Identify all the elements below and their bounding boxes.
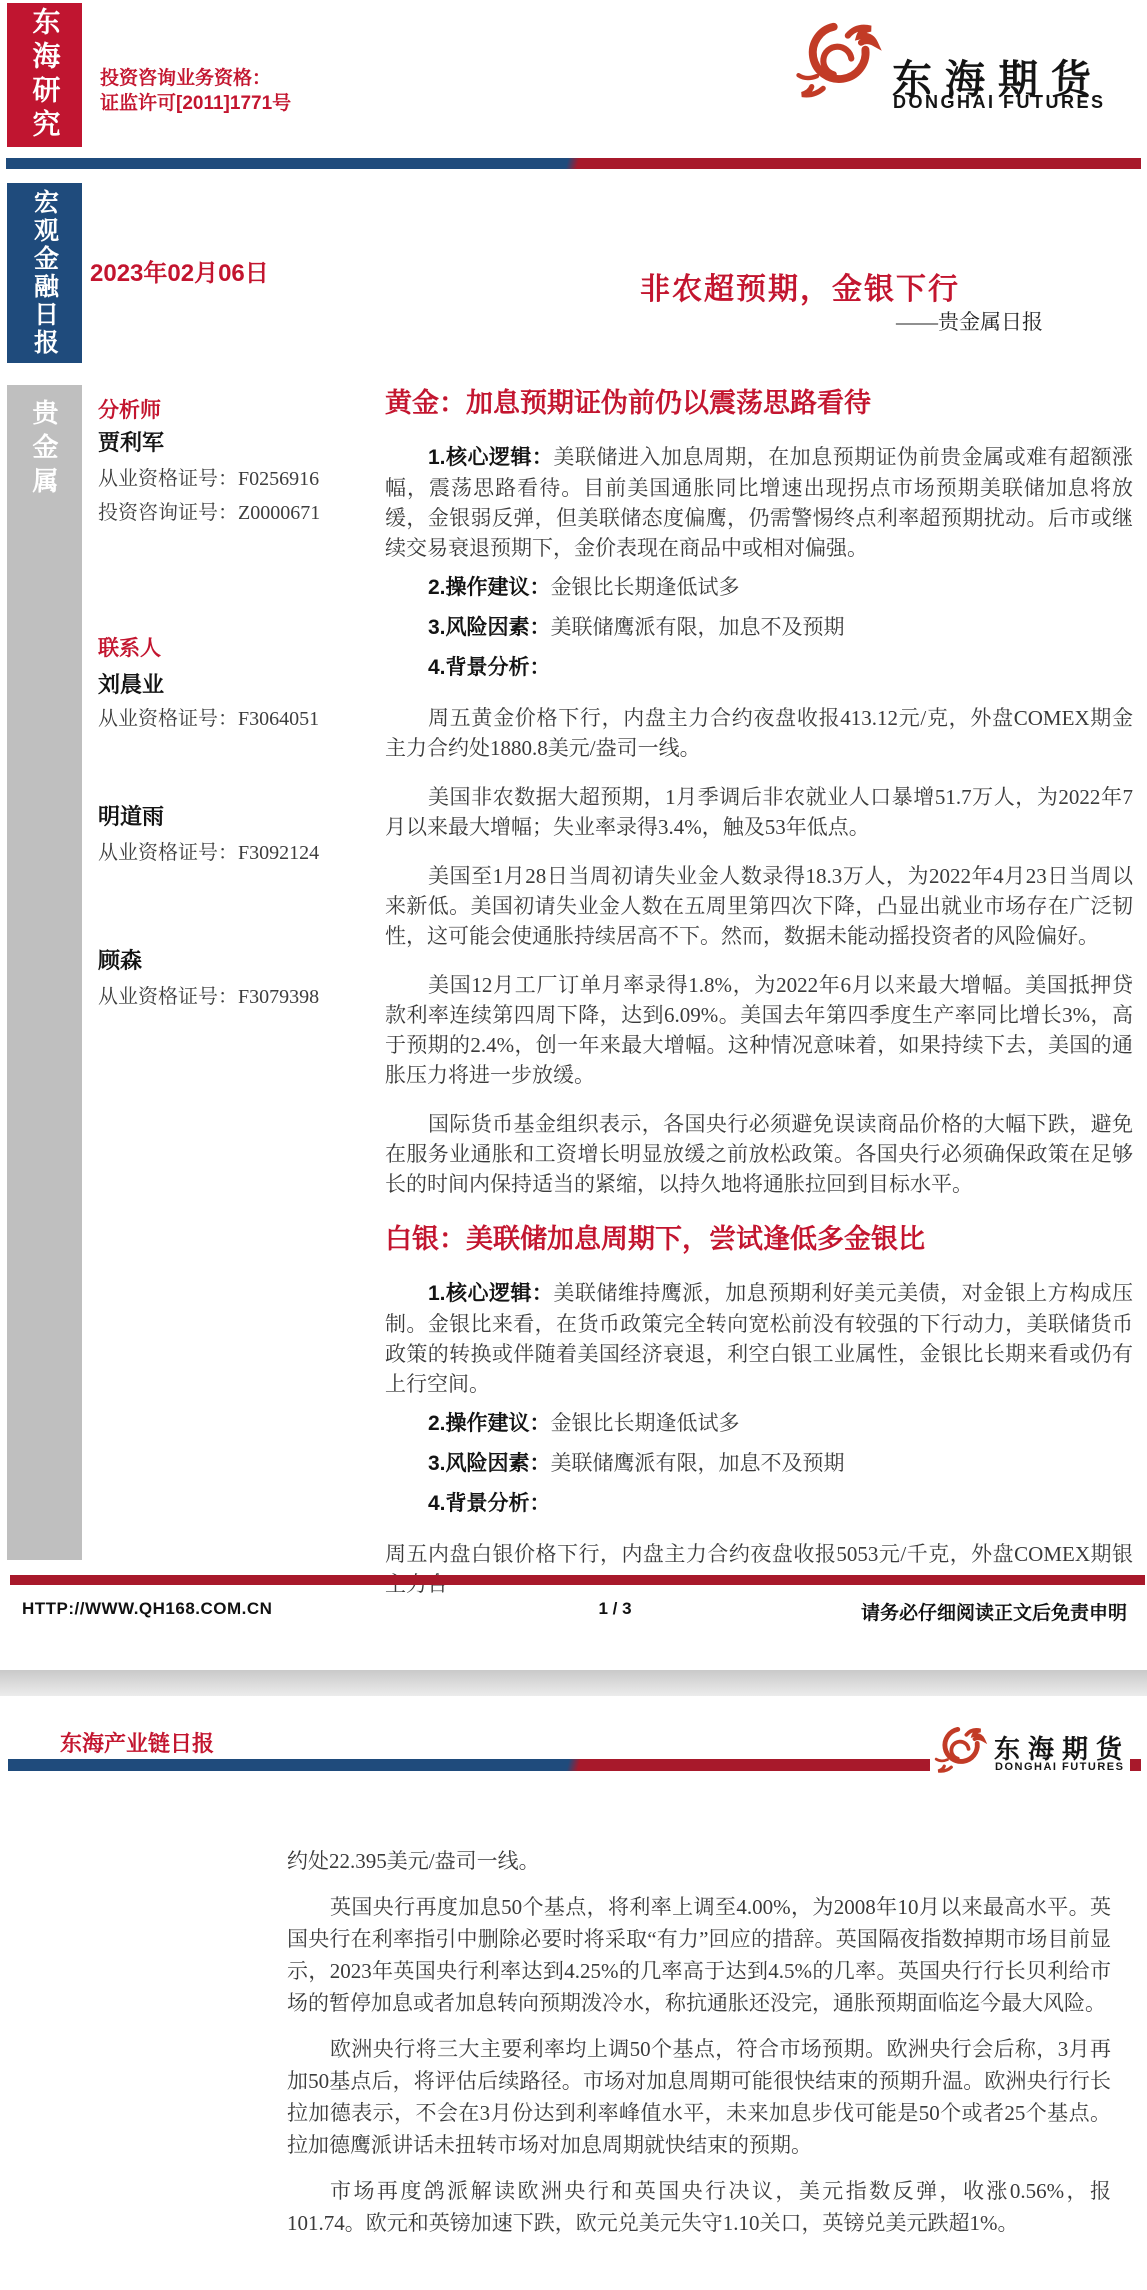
silver-advice: 2.操作建议：金银比长期逢低试多 xyxy=(385,1408,1133,1439)
license-line-2: 证监许可[2011]1771号 xyxy=(100,91,291,116)
dragon-logo-icon xyxy=(934,1722,988,1780)
footer-divider-bar xyxy=(10,1575,1145,1585)
gold-background-label: 4.背景分析： xyxy=(428,656,551,679)
license-line-1: 投资咨询业务资格： xyxy=(100,66,291,91)
contact-section-label: 联系人 xyxy=(98,632,161,662)
research-brand-label: 东海研究 xyxy=(25,7,65,143)
research-brand-box: 东海研究 xyxy=(7,3,82,147)
footer-url: HTTP://WWW.QH168.COM.CN xyxy=(22,1599,272,1619)
page2-body: 约处22.395美元/盎司一线。 英国央行再度加息50个基点，将利率上调至4.0… xyxy=(287,1845,1111,2253)
gold-paragraph: 国际货币基金组织表示，各国央行必须避免误读商品价格的大幅下跌，避免在服务业通胀和… xyxy=(385,1109,1133,1199)
silver-advice-text: 金银比长期逢低试多 xyxy=(551,1411,740,1435)
silver-paragraph: 周五内盘白银价格下行，内盘主力合约夜盘收报5053元/千克，外盘COMEX期银主… xyxy=(385,1539,1133,1599)
gold-advice-text: 金银比长期逢低试多 xyxy=(551,575,740,599)
gold-section-heading: 黄金：加息预期证伪前仍以震荡思路看待 xyxy=(385,386,1133,420)
silver-section: 白银：美联储加息周期下，尝试逢低多金银比 1.核心逻辑：美联储维持鹰派，加息预期… xyxy=(385,1222,1133,1618)
silver-background-label-row: 4.背景分析： xyxy=(385,1488,1133,1519)
gold-risk-text: 美联储鹰派有限，加息不及预期 xyxy=(551,615,845,639)
page2-company-logo-en: DONGHAI FUTURES xyxy=(995,1761,1124,1773)
silver-advice-label: 2.操作建议： xyxy=(428,1412,551,1435)
gold-advice: 2.操作建议：金银比长期逢低试多 xyxy=(385,572,1133,603)
contact-name: 明道雨 xyxy=(98,800,164,831)
gold-risk: 3.风险因素：美联储鹰派有限，加息不及预期 xyxy=(385,612,1133,643)
contact-cert: 从业资格证号：F3079398 xyxy=(98,980,319,1009)
gold-risk-label: 3.风险因素： xyxy=(428,616,551,639)
subcategory-box: 贵金属 xyxy=(7,385,82,1560)
report-title: 非农超预期，金银下行 xyxy=(420,264,1147,308)
report-date: 2023年02月06日 xyxy=(90,253,269,288)
page2-paragraph: 欧洲央行将三大主要利率均上调50个基点，符合市场预期。欧洲央行会后称，3月再加5… xyxy=(287,2033,1111,2161)
report-subtitle: ——贵金属日报 xyxy=(385,306,1043,336)
footer-disclaimer-notice: 请务必仔细阅读正文后免责申明 xyxy=(727,1598,1127,1625)
analyst-section-label: 分析师 xyxy=(98,394,161,424)
gold-paragraph: 周五黄金价格下行，内盘主力合约夜盘收报413.12元/克，外盘COMEX期金主力… xyxy=(385,703,1133,763)
gold-core-logic: 1.核心逻辑：美联储进入加息周期，在加息预期证伪前贵金属或难有超额涨幅，震荡思路… xyxy=(385,442,1133,563)
gold-paragraph: 美国至1月28日当周初请失业金人数录得18.3万人，为2022年4月23日当周以… xyxy=(385,861,1133,951)
company-logo-en: DONGHAI FUTURES xyxy=(893,92,1106,113)
page-separator xyxy=(0,1670,1147,1696)
license-info: 投资咨询业务资格： 证监许可[2011]1771号 xyxy=(100,66,291,116)
silver-risk-label: 3.风险因素： xyxy=(428,1452,551,1475)
gold-core-logic-label: 1.核心逻辑： xyxy=(428,446,553,469)
contact-name: 顾森 xyxy=(98,944,142,975)
page2-report-title: 东海产业链日报 xyxy=(60,1727,214,1758)
category-box: 宏观金融日报 xyxy=(7,183,82,363)
silver-core-logic: 1.核心逻辑：美联储维持鹰派，加息预期利好美元美债，对金银上方构成压制。金银比来… xyxy=(385,1278,1133,1399)
gold-paragraph: 美国非农数据大超预期，1月季调后非农就业人口暴增51.7万人，为2022年7月以… xyxy=(385,782,1133,842)
page2-paragraph: 市场再度鸽派解读欧洲央行和英国央行决议，美元指数反弹，收涨0.56%，报101.… xyxy=(287,2175,1111,2239)
dragon-logo-icon xyxy=(795,14,883,110)
silver-core-logic-label: 1.核心逻辑： xyxy=(428,1282,553,1305)
contact-cert: 从业资格证号：F3064051 xyxy=(98,702,319,731)
gold-background-label-row: 4.背景分析： xyxy=(385,652,1133,683)
header-divider-bar xyxy=(6,158,1141,169)
subcategory-label: 贵金属 xyxy=(26,385,63,501)
analyst-cert-1: 从业资格证号：F0256916 xyxy=(98,462,319,491)
silver-section-heading: 白银：美联储加息周期下，尝试逢低多金银比 xyxy=(385,1222,1133,1256)
silver-background-label: 4.背景分析： xyxy=(428,1492,551,1515)
page2-paragraph: 英国央行再度加息50个基点，将利率上调至4.00%，为2008年10月以来最高水… xyxy=(287,1891,1111,2019)
gold-paragraph: 美国12月工厂订单月率录得1.8%，为2022年6月以来最大增幅。美国抵押贷款利… xyxy=(385,970,1133,1090)
silver-risk: 3.风险因素：美联储鹰派有限，加息不及预期 xyxy=(385,1448,1133,1479)
silver-risk-text: 美联储鹰派有限，加息不及预期 xyxy=(551,1451,845,1475)
gold-section: 黄金：加息预期证伪前仍以震荡思路看待 1.核心逻辑：美联储进入加息周期，在加息预… xyxy=(385,386,1133,1218)
footer-page-number: 1 / 3 xyxy=(555,1599,675,1619)
analyst-cert-2: 投资咨询证号：Z0000671 xyxy=(98,496,320,525)
contact-name: 刘晨业 xyxy=(98,668,164,699)
contact-cert: 从业资格证号：F3092124 xyxy=(98,836,319,865)
category-label: 宏观金融日报 xyxy=(27,189,63,357)
page2-paragraph: 约处22.395美元/盎司一线。 xyxy=(287,1845,1111,1877)
report-document: 东海研究 投资咨询业务资格： 证监许可[2011]1771号 东海期货 DONG… xyxy=(0,0,1147,2290)
gold-advice-label: 2.操作建议： xyxy=(428,576,551,599)
analyst-name: 贾利军 xyxy=(98,426,164,457)
